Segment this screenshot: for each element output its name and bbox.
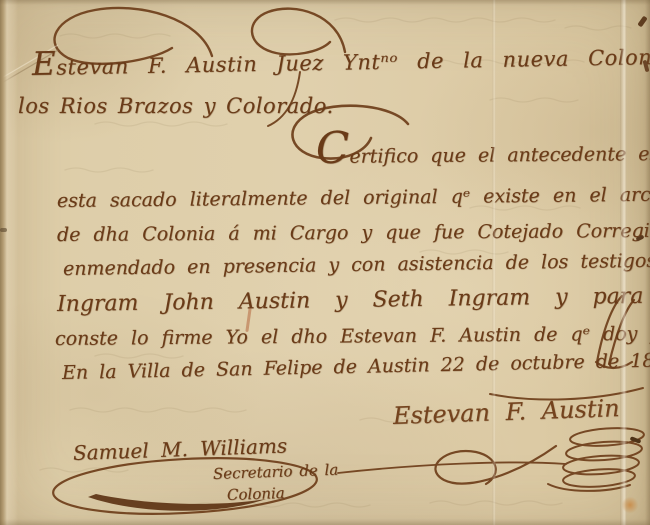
document-scan: Estevan F. Austin Juez Yntⁿᵒ de la nueva…: [0, 0, 650, 525]
certification-line-1: Certifico que el antecedente escrito: [316, 145, 650, 167]
certification-line-3: de dha Colonia á mi Cargo y que fue Cote…: [57, 222, 650, 245]
secretary-title-line-2: Colonia: [227, 486, 285, 503]
austin-signature: Estevan F. Austin: [393, 396, 620, 428]
certification-line-6: conste lo firme Yo el dho Estevan F. Aus…: [55, 324, 650, 349]
secretary-title-line-1: Secretario de la: [213, 463, 339, 482]
heading-line-2: los Rios Brazos y Colorado.: [18, 96, 334, 117]
